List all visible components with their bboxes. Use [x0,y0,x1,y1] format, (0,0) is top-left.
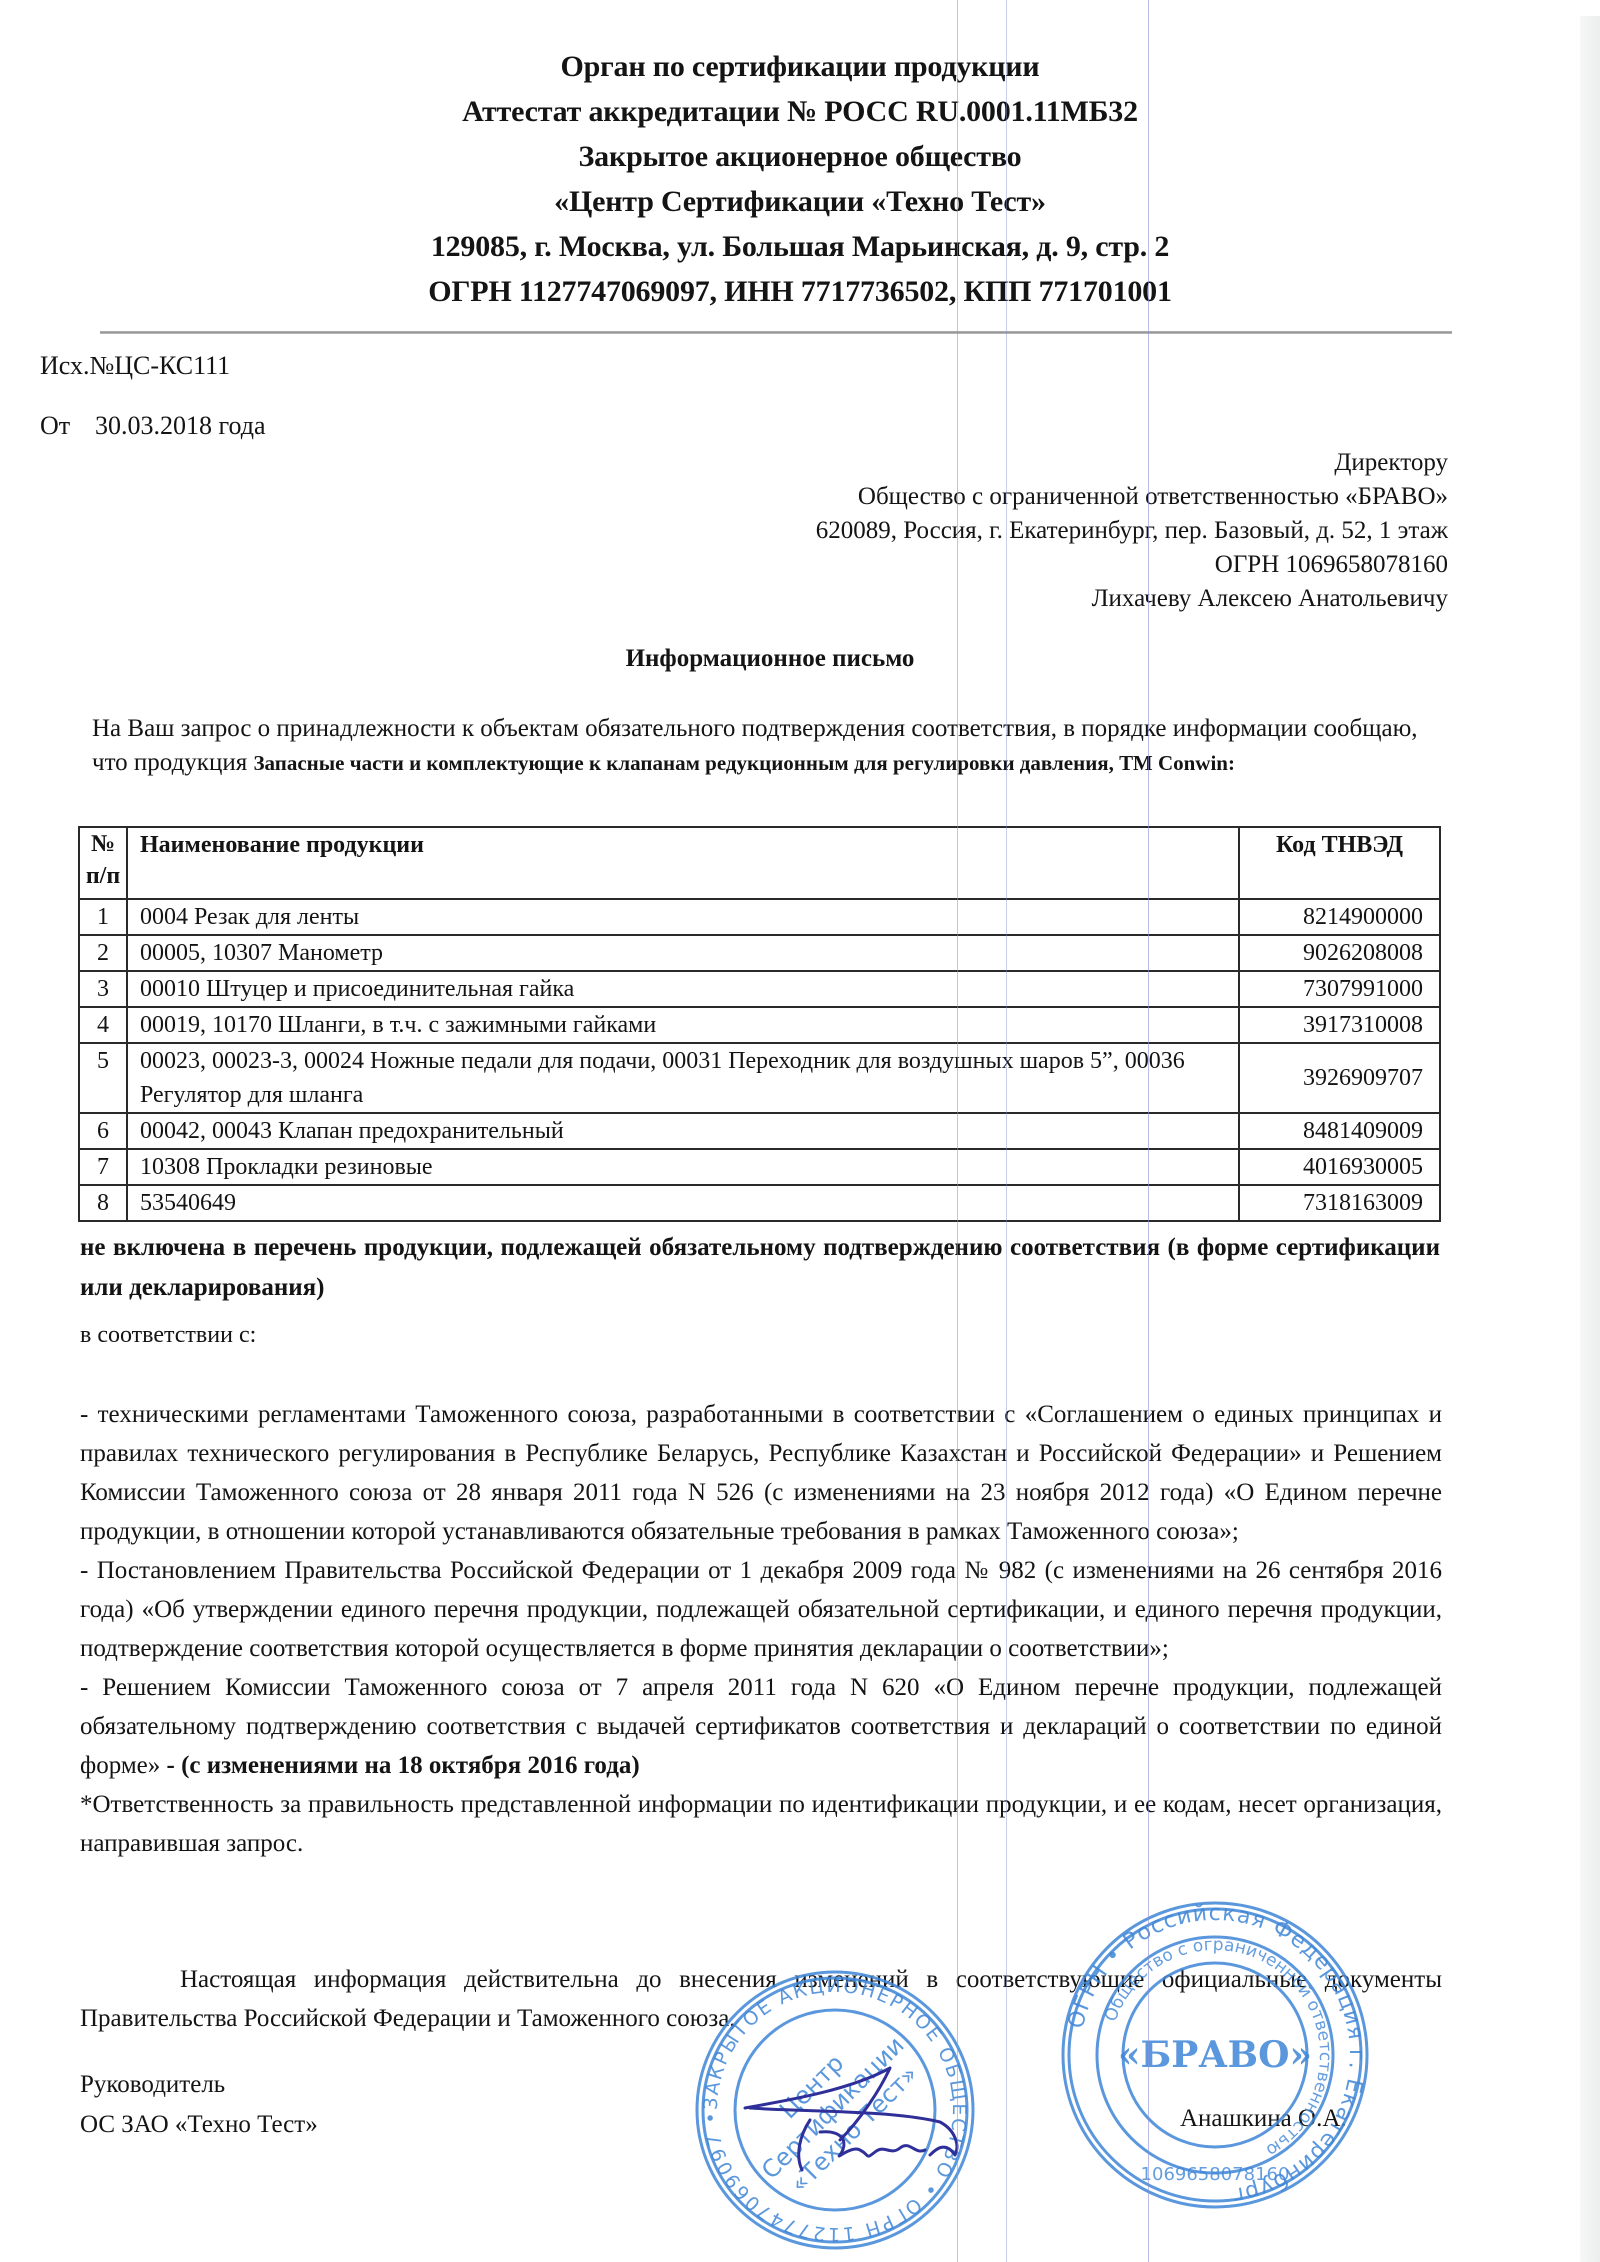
addressee-line: Лихачеву Алексею Анатольевичу [816,582,1448,616]
outgoing-number: Исх.№ЦС-КС111 [40,336,266,396]
table-row: 710308 Прокладки резиновые4016930005 [79,1149,1440,1185]
table-row: 500023, 00023-3, 00024 Ножные педали для… [79,1043,1440,1113]
handwritten-signature-icon [740,2060,970,2180]
product-name-cell: 00023, 00023-3, 00024 Ножные педали для … [127,1043,1239,1113]
tnved-code: 3926909707 [1239,1043,1440,1113]
row-number: 3 [79,971,127,1007]
reference-item: - Решением Комиссии Таможенного союза от… [80,1668,1442,1785]
product-name: Запасные части и комплектующие к клапана… [253,751,1235,775]
date-label: От [40,396,95,456]
outgoing-reference: Исх.№ЦС-КС111 От30.03.2018 года [40,336,266,456]
letterhead: Орган по сертификации продукции Аттестат… [200,44,1400,314]
position-organization: ОС ЗАО «Техно Тест» [80,2105,318,2145]
date-value: 30.03.2018 года [95,411,266,440]
signatory-name: Анашкина О.А. [1180,2105,1347,2133]
scan-artifact-line [1006,0,1007,2262]
addressee-line: ОГРН 1069658078160 [816,548,1448,582]
scan-artifact-line [957,0,958,2262]
addressee-line: Общество с ограниченной ответственностью… [816,480,1448,514]
header-code: Код ТНВЭД [1239,827,1440,899]
tnved-code: 8214900000 [1239,899,1440,935]
table-row: 400019, 10170 Шланги, в т.ч. с зажимными… [79,1007,1440,1043]
header-number: № п/п [79,827,127,899]
table-row: 8535406497318163009 [79,1185,1440,1221]
row-number: 2 [79,935,127,971]
letterhead-line: 129085, г. Москва, ул. Большая Марьинска… [200,224,1400,269]
tnved-code: 4016930005 [1239,1149,1440,1185]
row-number: 5 [79,1043,127,1113]
row-number: 1 [79,899,127,935]
document-page: Орган по сертификации продукции Аттестат… [0,0,1600,2262]
table-row: 10004 Резак для ленты8214900000 [79,899,1440,935]
intro-paragraph: На Ваш запрос о принадлежности к объекта… [92,712,1442,780]
addressee-line: 620089, Россия, г. Екатеринбург, пер. Ба… [816,514,1448,548]
accordance-label: в соответствии с: [80,1322,256,1349]
tnved-code: 7307991000 [1239,971,1440,1007]
svg-text:ОГРН • Российская Федерация г.: ОГРН • Российская Федерация г. Екатеринб… [1064,1901,1369,2208]
letterhead-line: ОГРН 1127747069097, ИНН 7717736502, КПП … [200,269,1400,314]
letter-title: Информационное письмо [0,645,1540,673]
reference-item: - техническими регламентами Таможенного … [80,1395,1442,1551]
conclusion-text: не включена в перечень продукции, подлеж… [80,1228,1440,1308]
signature-position: Руководитель ОС ЗАО «Техно Тест» [80,2065,318,2145]
position-title: Руководитель [80,2065,318,2105]
validity-note: Настоящая информация действительна до вн… [80,1960,1442,2038]
table-row: 600042, 00043 Клапан предохранительный84… [79,1113,1440,1149]
product-name-cell: 00005, 10307 Манометр [127,935,1239,971]
addressee-block: Директору Общество с ограниченной ответс… [816,446,1448,616]
tnved-code: 3917310008 [1239,1007,1440,1043]
row-number: 8 [79,1185,127,1221]
reference-amendment: - (с изменениями на 18 октября 2016 года… [167,1752,640,1779]
header-name: Наименование продукции [127,827,1239,899]
tnved-code: 7318163009 [1239,1185,1440,1221]
letterhead-line: Орган по сертификации продукции [200,44,1400,89]
product-name-cell: 10308 Прокладки резиновые [127,1149,1239,1185]
row-number: 4 [79,1007,127,1043]
product-name-cell: 00019, 10170 Шланги, в т.ч. с зажимными … [127,1007,1239,1043]
tnved-code: 9026208008 [1239,935,1440,971]
table-row: 300010 Штуцер и присоединительная гайка7… [79,971,1440,1007]
letterhead-line: «Центр Сертификации «Техно Тест» [200,179,1400,224]
product-name-cell: 00010 Штуцер и присоединительная гайка [127,971,1239,1007]
products-table: № п/п Наименование продукции Код ТНВЭД 1… [78,826,1441,1222]
references-block: - техническими регламентами Таможенного … [80,1395,1442,1863]
outgoing-date: От30.03.2018 года [40,396,266,456]
header-divider [100,331,1452,334]
tnved-code: 8481409009 [1239,1113,1440,1149]
scan-edge-artifact [1580,16,1600,2262]
reference-item: - Постановлением Правительства Российско… [80,1551,1442,1668]
responsibility-note: *Ответственность за правильность предста… [80,1785,1442,1863]
addressee-line: Директору [816,446,1448,480]
row-number: 7 [79,1149,127,1185]
row-number: 6 [79,1113,127,1149]
letterhead-line: Аттестат аккредитации № РОСС RU.0001.11М… [200,89,1400,134]
product-name-cell: 0004 Резак для ленты [127,899,1239,935]
letterhead-line: Закрытое акционерное общество [200,134,1400,179]
table-header-row: № п/п Наименование продукции Код ТНВЭД [79,827,1440,899]
table-row: 200005, 10307 Манометр9026208008 [79,935,1440,971]
product-name-cell: 53540649 [127,1185,1239,1221]
svg-text:1069658078160: 1069658078160 [1141,2164,1290,2185]
company-stamp-icon: ОГРН • Российская Федерация г. Екатеринб… [1055,1895,1375,2215]
product-name-cell: 00042, 00043 Клапан предохранительный [127,1113,1239,1149]
scan-artifact-line [1148,0,1149,2262]
